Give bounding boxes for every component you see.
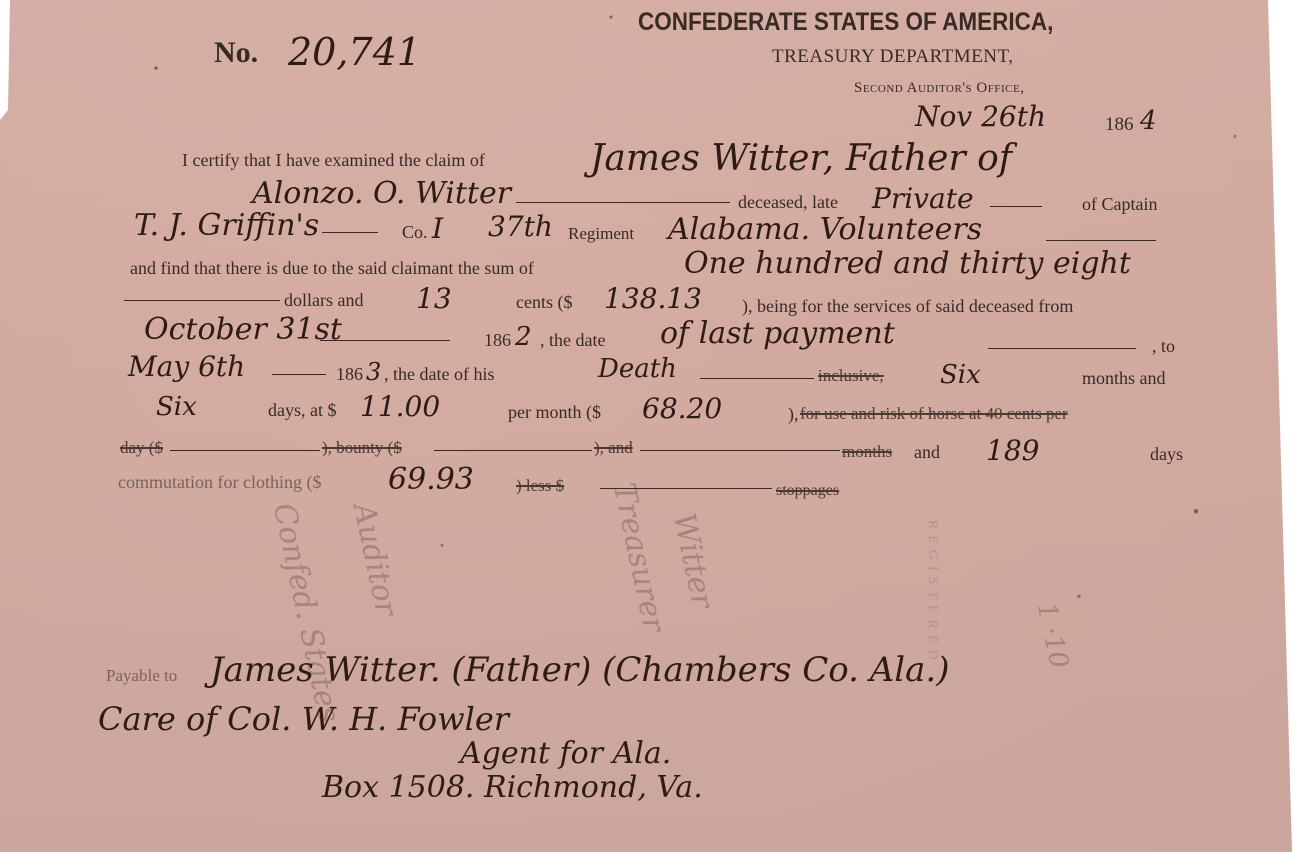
header-department: TREASURY DEPARTMENT, [772, 46, 1013, 68]
due-line-text: and find that there is due to the said c… [130, 258, 534, 279]
from-date: October 31st [144, 312, 342, 347]
commutation-days: 189 [986, 434, 1039, 467]
cents-value: 13 [416, 282, 452, 315]
payable-label: Payable to [106, 666, 177, 686]
regiment-state: Alabama. Volunteers [668, 212, 982, 247]
certify-text: I certify that I have examined the claim… [182, 150, 485, 171]
bounty-struck: ), bounty ($ [322, 438, 402, 458]
to-year-printed: 186 [336, 364, 363, 385]
the-date-label: , the date [540, 330, 605, 351]
payee-value: James Witter. (Father) (Chambers Co. Ala… [210, 650, 950, 690]
document-number-label: No. [214, 36, 258, 70]
days-value: Six [156, 392, 197, 422]
from-year-handwritten: 2 [515, 322, 532, 352]
deceased-late-label: deceased, late [738, 192, 838, 213]
care-of-value: Care of Col. W. H. Fowler [98, 700, 509, 738]
header-office: Second Auditor's Office, [854, 80, 1024, 97]
sum-in-words: One hundred and thirty eight [684, 246, 1131, 281]
commutation-value: 69.93 [388, 462, 474, 497]
inclusive-struck: inclusive, [818, 366, 884, 386]
and-label: and [914, 442, 940, 463]
cents-label: cents ($ [516, 292, 572, 313]
date-year-handwritten: 4 [1140, 106, 1157, 136]
dollars-label: dollars and [284, 290, 363, 311]
document-number-value: 20,741 [288, 30, 421, 74]
from-year-printed: 186 [484, 330, 511, 351]
agent-value: Agent for Ala. [460, 736, 671, 771]
bleed-through-ink: 1 ·10 [1031, 600, 1074, 671]
address-value: Box 1508. Richmond, Va. [322, 770, 703, 805]
bleed-through-ink: Treasurer [606, 480, 672, 635]
date-year-printed: 186 [1105, 114, 1134, 136]
date-of-his-label: , the date of his [384, 364, 494, 385]
months-struck: months [842, 442, 892, 462]
regiment-number: 37th [488, 210, 553, 243]
claimant-name: James Witter, Father of [590, 138, 1012, 179]
rank-value: Private [872, 182, 974, 215]
days-label: days [1150, 444, 1183, 465]
day-struck: day ($ [120, 438, 163, 458]
document-paper: No. 20,741 CONFEDERATE STATES OF AMERICA… [0, 0, 1300, 852]
side-stamp: REGISTERED [924, 520, 940, 666]
sum-numeric: 138.13 [604, 282, 702, 315]
pay-total: 68.20 [642, 392, 722, 425]
and-struck: ), and [594, 438, 633, 458]
to-label: , to [1152, 336, 1175, 357]
paren-close: ), [788, 404, 799, 425]
to-date: May 6th [128, 350, 245, 383]
bleed-through-ink: Confed. States [266, 500, 347, 726]
to-event: Death [598, 354, 677, 384]
header-title: CONFEDERATE STATES OF AMERICA, [638, 8, 1053, 37]
company-value: I [432, 212, 443, 245]
months-value: Six [940, 360, 981, 390]
months-label: months and [1082, 368, 1166, 389]
company-label: Co. [402, 222, 428, 243]
per-month-label: per month ($ [508, 402, 601, 423]
to-year-handwritten: 3 [366, 358, 381, 386]
less-struck: ) less $ [516, 476, 564, 496]
commutation-label: commutation for clothing ($ [118, 472, 321, 493]
of-captain-label: of Captain [1082, 194, 1157, 215]
stoppages-struck: stoppages [776, 482, 839, 500]
services-text: ), being for the services of said deceas… [742, 296, 1073, 317]
date-handwritten: Nov 26th [915, 100, 1046, 133]
captain-name: T. J. Griffin's [134, 208, 319, 243]
regiment-label: Regiment [568, 224, 634, 244]
bleed-through-ink: Witter [666, 510, 720, 611]
from-event: of last payment [660, 316, 895, 351]
days-at-label: days, at $ [268, 400, 336, 421]
monthly-rate: 11.00 [360, 390, 440, 423]
bleed-through-ink: Auditor [346, 500, 404, 619]
deceased-name: Alonzo. O. Witter [252, 176, 511, 211]
horse-struck: for use and risk of horse at 40 cents pe… [800, 404, 1068, 424]
